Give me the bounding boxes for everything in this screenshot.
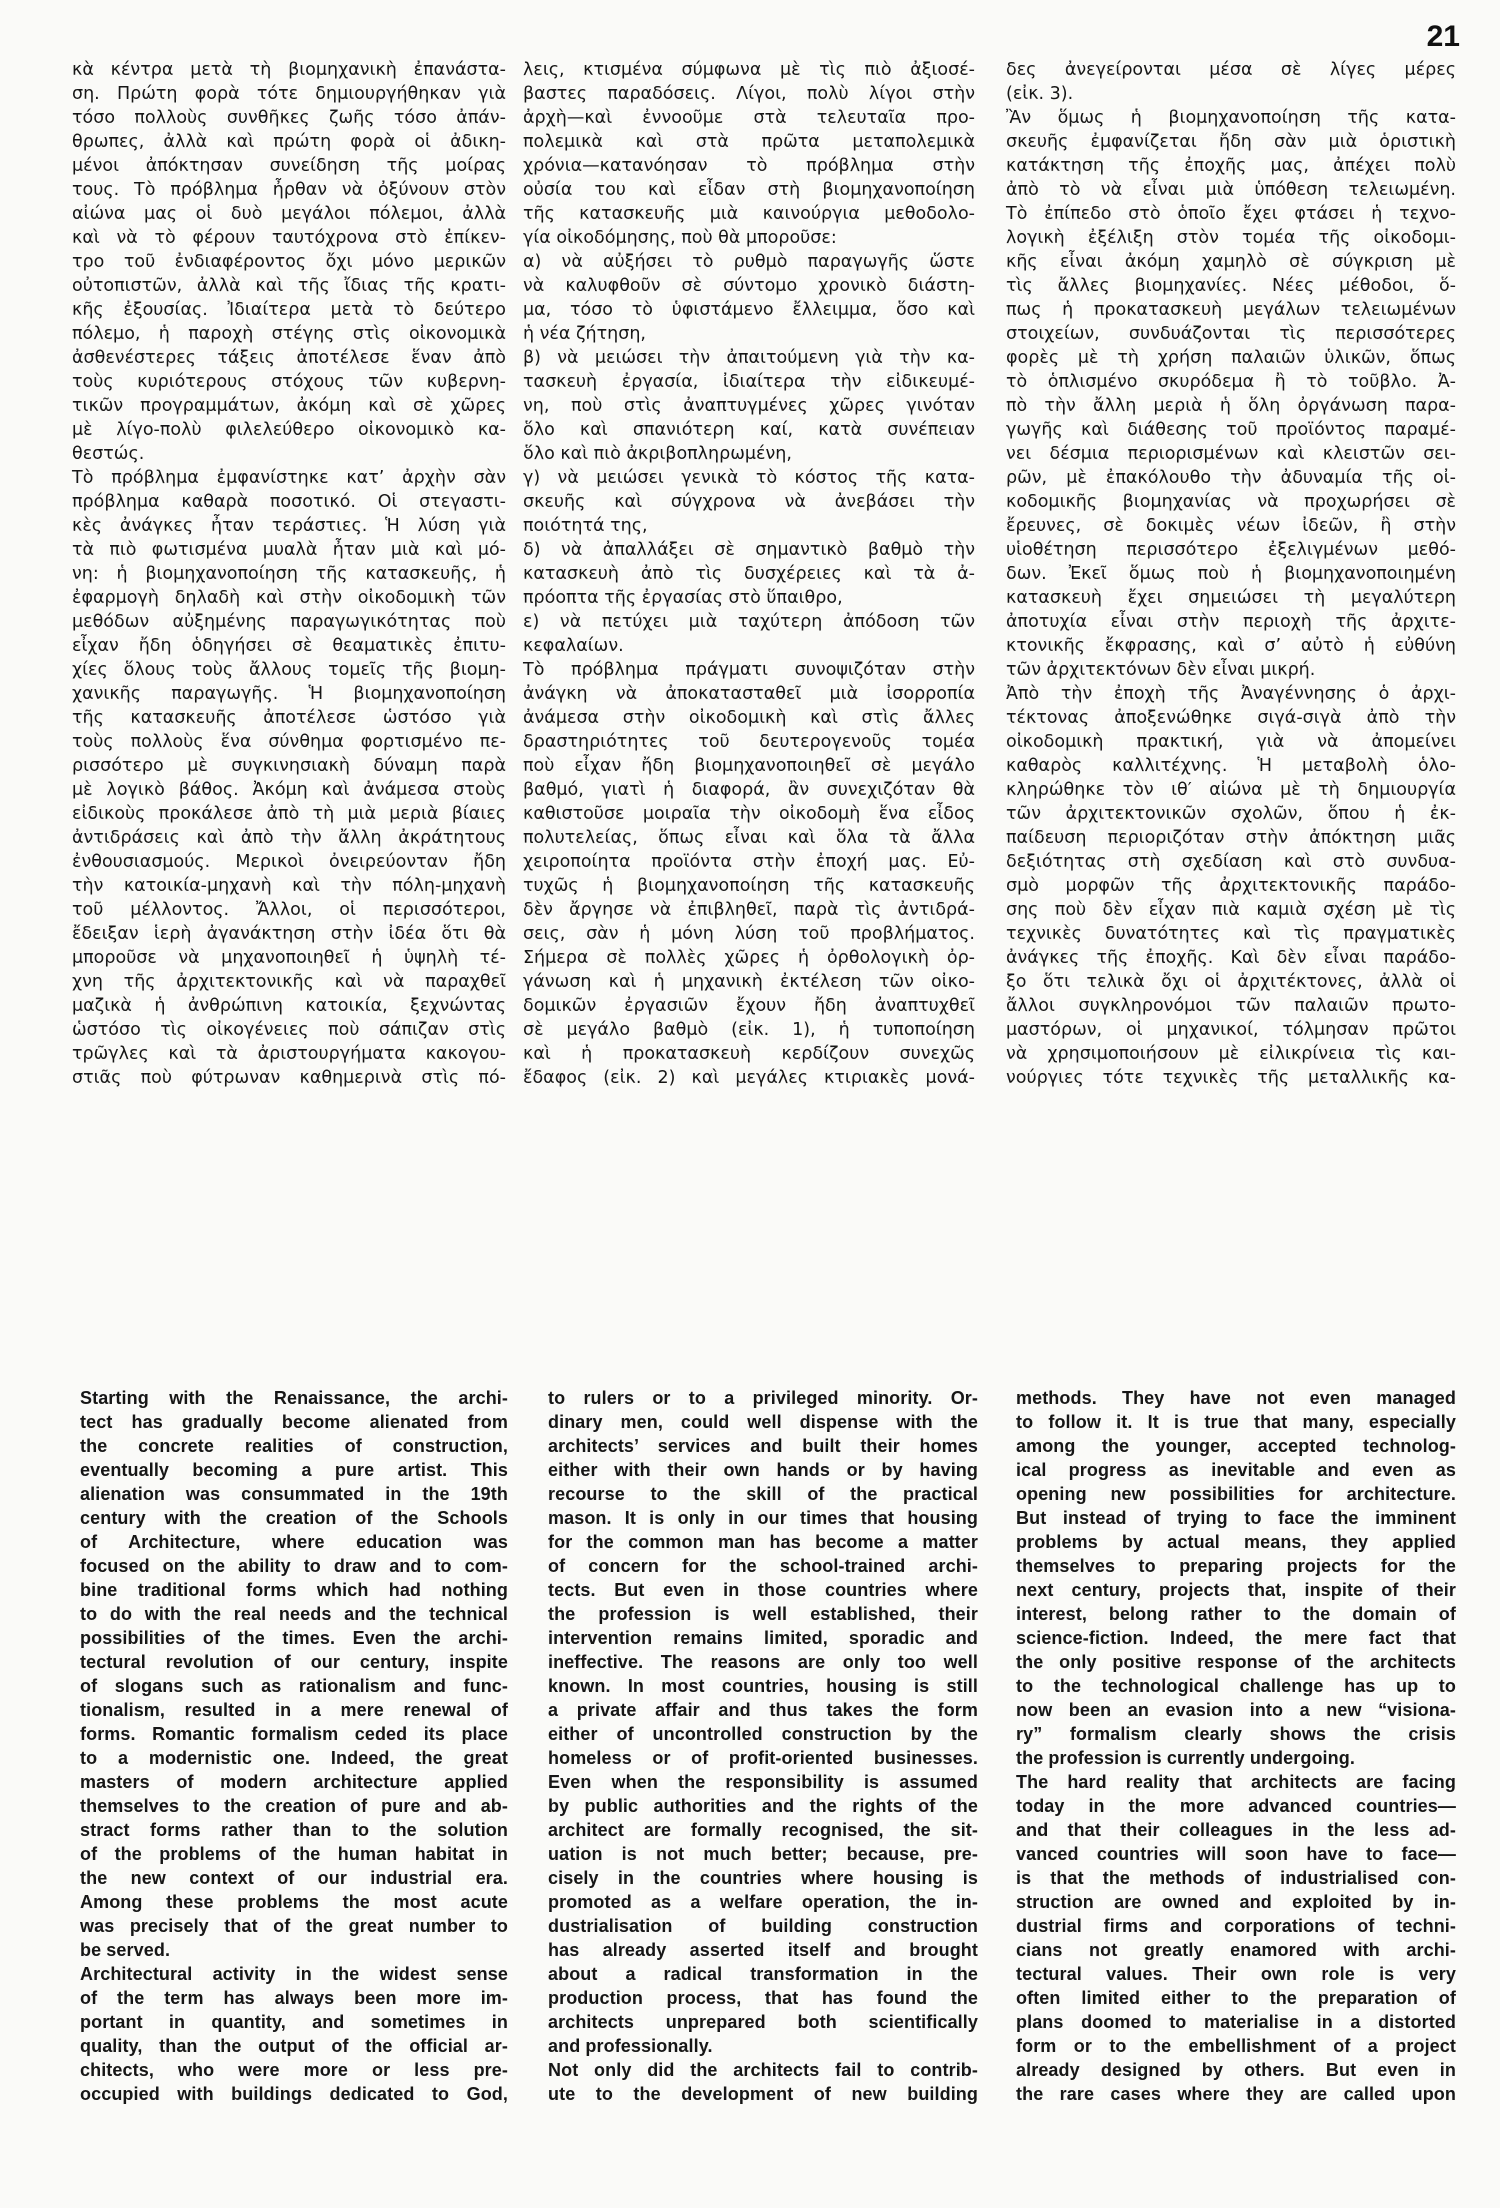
text-line: now been an evasion into a new “visiona- [1016, 1698, 1456, 1722]
text-line: γία οἰκοδόμησης, ποὺ θὰ μποροῦσε: [523, 226, 975, 250]
text-line: πολυτελείας, ὅπως εἶναι καὶ ὅλα τὰ ἄλλα [523, 826, 975, 850]
text-line: σὲ μεγάλο βαθμὸ (εἰκ. 1), ἡ τυποποίηση [523, 1018, 975, 1042]
text-line: to rulers or to a privileged minority. O… [548, 1386, 978, 1410]
text-line: often limited either to the preparation … [1016, 1986, 1456, 2010]
text-line: today in the more advanced countries— [1016, 1794, 1456, 1818]
text-line: ἄλλοι συγκληρονόμοι τῶν παλαιῶν πρωτο- [1006, 994, 1456, 1018]
text-line: τικῶν προγραμμάτων, ἀκόμη καὶ σὲ χῶρες [72, 394, 506, 418]
text-line: κῆς εἶναι ἀκόμη χαμηλὸ σὲ σύγκριση μὲ [1006, 250, 1456, 274]
text-line: and professionally. [548, 2034, 978, 2058]
text-line: ἀνάμεσα στὴν οἰκοδομικὴ καὶ στὶς ἄλλες [523, 706, 975, 730]
text-line: ὅλο καὶ σπανιότερη καί, κατὰ συνέπειαν [523, 418, 975, 442]
text-line: μὲ λίγο-πολὺ φιλελεύθερο οἰκονομικὸ κα- [72, 418, 506, 442]
text-line: γάνωση καὶ ἡ μηχανικὴ ἐκτέλεση τῶν οἰκο- [523, 970, 975, 994]
text-line: ἀπὸ τὸ νὰ εἶναι μιὰ ὑπόθεση τελειωμένη. [1006, 178, 1456, 202]
text-line: νὰ καλυφθοῦν σὲ σύντομο χρονικὸ διάστη- [523, 274, 975, 298]
text-line: κὰ κέντρα μετὰ τὴ βιομηχανικὴ ἐπανάστα- [72, 58, 506, 82]
text-line: portant in quantity, and sometimes in [80, 2010, 508, 2034]
text-line: λεις, κτισμένα σύμφωνα μὲ τὶς πιὸ ἀξιοσέ… [523, 58, 975, 82]
text-line: production process, that has found the [548, 1986, 978, 2010]
text-line: τῆς κατασκευῆς μιὰ καινούργια μεθοδολο- [523, 202, 975, 226]
text-line: Τὸ πρόβλημα πράγματι συνοψιζόταν στὴν [523, 658, 975, 682]
text-line: τεχνικὲς δυνατότητες καὶ τὶς πραγματικὲς [1006, 922, 1456, 946]
text-line: ute to the development of new building [548, 2082, 978, 2106]
text-line: ποιότητά της, [523, 514, 975, 538]
text-line: β) νὰ μειώσει τὴν ἀπαιτούμενη γιὰ τὴν κα… [523, 346, 975, 370]
text-line: possibilities of the times. Even the arc… [80, 1626, 508, 1650]
text-line: ἀσθενέστερες τάξεις ἀποτέλεσε ἕναν ἀπὸ [72, 346, 506, 370]
text-line: either of uncontrolled construction by t… [548, 1722, 978, 1746]
text-line: ineffective. The reasons are only too we… [548, 1650, 978, 1674]
text-line: τυχῶς ἡ βιομηχανοποίηση τῆς κατασκευῆς [523, 874, 975, 898]
text-line: Even when the responsibility is assumed [548, 1770, 978, 1794]
text-line: to follow it. It is true that many, espe… [1016, 1410, 1456, 1434]
text-line: πόλεμο, ἡ παροχὴ στέγης στὶς οἰκονομικὰ [72, 322, 506, 346]
text-line: τρο τοῦ ἐνδιαφέροντος ὄχι μόνο μερικῶν [72, 250, 506, 274]
text-line: ἀρχὴ—καὶ ἐννοοῦμε στὰ τελευταῖα προ- [523, 106, 975, 130]
text-line: νούργιες τότε τεχνικὲς τῆς μεταλλικῆς κα… [1006, 1066, 1456, 1090]
text-line: next century, projects that, inspite of … [1016, 1578, 1456, 1602]
text-line: τρῶγλες καὶ τὰ ἀριστουργήματα κακογου- [72, 1042, 506, 1066]
text-line: problems by actual means, they applied [1016, 1530, 1456, 1554]
english-article-column-1: Starting with the Renaissance, the archi… [80, 1386, 508, 2106]
text-line: has already asserted itself and brought [548, 1938, 978, 1962]
text-line: νη, ποὺ στὶς ἀναπτυγμένες χῶρες γινόταν [523, 394, 975, 418]
text-line: ἐνθουσιασμούς. Μερικοὶ ὀνειρεύονταν ἤδη [72, 850, 506, 874]
text-line: θεστώς. [72, 442, 506, 466]
text-line: κατάκτηση τῆς ἐποχῆς μας, ἀπέχει πολὺ [1006, 154, 1456, 178]
text-line: focused on the ability to draw and to co… [80, 1554, 508, 1578]
text-line: τοῦ μέλλοντος. Ἄλλοι, οἱ περισσότεροι, [72, 898, 506, 922]
text-line: to do with the real needs and the techni… [80, 1602, 508, 1626]
text-line: φορὲς μὲ τὴ χρήση παλαιῶν ὑλικῶν, ὅπως [1006, 346, 1456, 370]
text-line: uation is not much better; because, pre- [548, 1842, 978, 1866]
text-line: τους. Τὸ πρόβλημα ἦρθαν νὰ ὀξύνουν στὸν [72, 178, 506, 202]
text-line: κὲς ἀνάγκες ἦταν τεράστιες. Ἡ λύση γιὰ [72, 514, 506, 538]
text-line: κεφαλαίων. [523, 634, 975, 658]
text-line: ἀνάγκες τῆς ἐποχῆς. Καὶ δὲν εἶναι παράδο… [1006, 946, 1456, 970]
text-line: is that the methods of industrialised co… [1016, 1866, 1456, 1890]
text-line: ἔδαφος (εἰκ. 2) καὶ μεγάλες κτιριακὲς μο… [523, 1066, 975, 1090]
text-line: μα, τόσο τὸ ὑφιστάμενο ἔλλειμμα, ὅσο καὶ [523, 298, 975, 322]
text-line: masters of modern architecture applied [80, 1770, 508, 1794]
text-line: ἀποτυχία εἶναι στὴν περιοχὴ τῆς ἀρχιτε- [1006, 610, 1456, 634]
text-line: πολεμικὰ καὶ στὰ πρῶτα μεταπολεμικὰ [523, 130, 975, 154]
text-line: δ) νὰ ἀπαλλάξει σὲ σημαντικὸ βαθμὸ τὴν [523, 538, 975, 562]
text-line: to a modernistic one. Indeed, the great [80, 1746, 508, 1770]
text-line: tectural revolution of our century, insp… [80, 1650, 508, 1674]
text-line: σκευῆς καὶ σύγχρονα νὰ ἀνεβάσει τὴν [523, 490, 975, 514]
text-line: of concern for the school-trained archi- [548, 1554, 978, 1578]
text-line: either with their own hands or by having [548, 1458, 978, 1482]
text-line: νη: ἡ βιομηχανοποίηση τῆς κατασκευῆς, ἡ [72, 562, 506, 586]
text-line: οὐτοπιστῶν, ἀλλὰ καὶ τῆς ἴδιας τῆς κρατι… [72, 274, 506, 298]
text-line: μὲ λογικὸ βάθος. Ἀκόμη καὶ ἀνάμεσα στοὺς [72, 778, 506, 802]
text-line: πρόβλημα καθαρὰ ποσοτικό. Οἱ στεγαστι- [72, 490, 506, 514]
text-line: ξο ὅτι τελικὰ ὄχι οἱ ἀρχιτέκτονες, ἀλλὰ … [1006, 970, 1456, 994]
text-line: ἐφαρμογὴ δηλαδὴ καὶ στὴν οἰκοδομικὴ τῶν [72, 586, 506, 610]
text-line: architects’ services and built their hom… [548, 1434, 978, 1458]
text-line: γ) νὰ μειώσει γενικὰ τὸ κόστος τῆς κατα- [523, 466, 975, 490]
text-line: dustrial firms and corporations of techn… [1016, 1914, 1456, 1938]
text-line: eventually becoming a pure artist. This [80, 1458, 508, 1482]
text-line: the profession is currently undergoing. [1016, 1746, 1456, 1770]
text-line: Τὸ πρόβλημα ἐμφανίστηκε κατ’ ἀρχὴν σὰν [72, 466, 506, 490]
text-line: πως ἡ προκατασκευὴ μεγάλων τελειωμένων [1006, 298, 1456, 322]
text-line: vanced countries will soon have to face— [1016, 1842, 1456, 1866]
text-line: παίδευση περιοριζόταν στὴν ἀπόκτηση μιᾶς [1006, 826, 1456, 850]
english-article-column-2: to rulers or to a privileged minority. O… [548, 1386, 978, 2106]
text-line: δὲν ἄργησε νὰ ἐπιβληθεῖ, παρὰ τὶς ἀντιδρ… [523, 898, 975, 922]
text-line: δομικῶν ἐργασιῶν ἔχουν ἤδη ἀναπτυχθεῖ [523, 994, 975, 1018]
text-line: tionalism, resulted in a mere renewal of [80, 1698, 508, 1722]
text-line: υἱοθέτηση περισσότερο ἐξελιγμένων μεθό- [1006, 538, 1456, 562]
text-line: by public authorities and the rights of … [548, 1794, 978, 1818]
text-line: ὅλο καὶ πιὸ ἀκριβοπληρωμένη, [523, 442, 975, 466]
text-line: λογικὴ ἐξέλιξη στὸν τομέα τῆς οἰκοδομι- [1006, 226, 1456, 250]
text-line: ἡ νέα ζήτηση, [523, 322, 975, 346]
text-line: τὶς ἄλλες βιομηχανίες. Νέες μέθοδοι, ὅ- [1006, 274, 1456, 298]
text-line: The hard reality that architects are fac… [1016, 1770, 1456, 1794]
text-line: recourse to the skill of the practical [548, 1482, 978, 1506]
text-line: τῶν ἀρχιτεκτόνων δὲν εἶναι μικρή. [1006, 658, 1456, 682]
text-line: form or to the embellishment of a projec… [1016, 2034, 1456, 2058]
text-line: οἰκοδομικὴ πρακτική, γιὰ νὰ ἀπομείνει [1006, 730, 1456, 754]
text-line: τῶν ἀρχιτεκτονικῶν σχολῶν, ὅπου ἡ ἐκ- [1006, 802, 1456, 826]
text-line: γωγῆς καὶ διάθεσης τοῦ προϊόντος παραμέ- [1006, 418, 1456, 442]
text-line: ἀνάγκη νὰ ἀποκατασταθεῖ μιὰ ἰσορροπία [523, 682, 975, 706]
text-line: τῆς κατασκευῆς ἀποτέλεσε ὡστόσο γιὰ [72, 706, 506, 730]
text-line: χειροποίητα προϊόντα στὴν ἐποχή μας. Εὐ- [523, 850, 975, 874]
text-line: τὰ πιὸ φωτισμένα μυαλὰ ἦταν μιὰ καὶ μό- [72, 538, 506, 562]
text-line: χίες ὅλους τοὺς ἄλλους τομεῖς τῆς βιομη- [72, 658, 506, 682]
text-line: stract forms rather than to the solution [80, 1818, 508, 1842]
text-line: δραστηριότητες τοῦ δευτερογενοῦς τομέα [523, 730, 975, 754]
text-line: among the younger, accepted technolog- [1016, 1434, 1456, 1458]
text-line: the concrete realities of construction, [80, 1434, 508, 1458]
greek-article-column-1: κὰ κέντρα μετὰ τὴ βιομηχανικὴ ἐπανάστα-σ… [72, 58, 506, 1090]
text-line: Among these problems the most acute [80, 1890, 508, 1914]
text-line: Ἂν ὅμως ἡ βιομηχανοποίηση τῆς κατα- [1006, 106, 1456, 130]
text-line: μένοι ἀπόκτησαν συνείδηση τῆς μοίρας [72, 154, 506, 178]
english-article-column-3: methods. They have not even managedto fo… [1016, 1386, 1456, 2106]
text-line: κληρώθηκε τὸν ιθ′ αἰώνα μὲ τὴ δημιουργία [1006, 778, 1456, 802]
text-line: promoted as a welfare operation, the in- [548, 1890, 978, 1914]
text-line: καθιστοῦσε μοιραῖα τὴν οἰκοδομὴ ἕνα εἶδο… [523, 802, 975, 826]
text-line: μποροῦσε νὰ μηχανοποιηθεῖ ἡ ὑψηλὴ τέ- [72, 946, 506, 970]
text-line: σεις, σὰν ἡ μόνη λύση τοῦ προβλήματος. [523, 922, 975, 946]
text-line: cians not greatly enamored with archi- [1016, 1938, 1456, 1962]
text-line: intervention remains limited, sporadic a… [548, 1626, 978, 1650]
greek-article-column-3: δες ἀνεγείρονται μέσα σὲ λίγες μέρες(εἰκ… [1006, 58, 1456, 1090]
text-line: of the problems of the human habitat in [80, 1842, 508, 1866]
text-line: ical progress as inevitable and even as [1016, 1458, 1456, 1482]
text-line: σκευῆς ἐμφανίζεται ἤδη σὰν μιὰ ὁριστικὴ [1006, 130, 1456, 154]
text-line: σμὸ μορφῶν τῆς ἀρχιτεκτονικῆς παράδο- [1006, 874, 1456, 898]
text-line: plans doomed to materialise in a distort… [1016, 2010, 1456, 2034]
text-line: εἶχαν ἤδη ὁδηγήσει σὲ θεαματικὲς ἐπιτυ- [72, 634, 506, 658]
text-line: the profession is well established, thei… [548, 1602, 978, 1626]
text-line: θρωπες, ἀλλὰ καὶ πρώτη φορὰ οἱ ἀδικη- [72, 130, 506, 154]
text-line: εἰδικοὺς προκάλεσε ἀπὸ τὴ μιὰ μεριὰ βίαι… [72, 802, 506, 826]
text-line: the new context of our industrial era. [80, 1866, 508, 1890]
text-line: science-fiction. Indeed, the mere fact t… [1016, 1626, 1456, 1650]
text-line: τὴν κατοικία-μηχανὴ καὶ τὴν πόλη-μηχανὴ [72, 874, 506, 898]
text-line: καὶ νὰ τὸ φέρουν ταυτόχρονα στὸ ἐπίκεν- [72, 226, 506, 250]
text-line: κοδομικῆς βιομηχανίας νὰ προχωρήσει σὲ [1006, 490, 1456, 514]
text-line: μαζικὰ ἡ ἀνθρώπινη κατοικία, ξεχνώντας [72, 994, 506, 1018]
text-line: chitects, who were more or less pre- [80, 2058, 508, 2082]
text-line: νει δέσμια περιορισμένων καὶ κλειστῶν σε… [1006, 442, 1456, 466]
text-line: κῆς ἐξουσίας. Ἰδιαίτερα μετὰ τὸ δεύτερο [72, 298, 506, 322]
text-line: cisely in the countries where housing is [548, 1866, 978, 1890]
page-number: 21 [1390, 20, 1460, 54]
text-line: αἰώνα μας οἱ δυὸ μεγάλοι πόλεμοι, ἀλλὰ [72, 202, 506, 226]
magazine-page: 21 κὰ κέντρα μετὰ τὴ βιομηχανικὴ ἐπανάστ… [0, 0, 1500, 2208]
text-line: bine traditional forms which had nothing [80, 1578, 508, 1602]
text-line: ρῶν, μὲ ἐπακόλουθο τὴν ἀδυναμία τῆς οἰ- [1006, 466, 1456, 490]
text-line: Not only did the architects fail to cont… [548, 2058, 978, 2082]
text-line: ἔρευνες, σὲ δοκιμὲς νέων ἰδεῶν, ἢ στὴν [1006, 514, 1456, 538]
text-line: to the technological challenge has up to [1016, 1674, 1456, 1698]
text-line: methods. They have not even managed [1016, 1386, 1456, 1410]
text-line: for the common man has become a matter [548, 1530, 978, 1554]
text-line: tect has gradually become alienated from [80, 1410, 508, 1434]
text-line: καθαρὸς καλλιτέχνης. Ἡ μεταβολὴ ὁλο- [1006, 754, 1456, 778]
text-line: Σήμερα σὲ πολλὲς χῶρες ἡ ὀρθολογικὴ ὀρ- [523, 946, 975, 970]
text-line: tectural values. Their own role is very [1016, 1962, 1456, 1986]
text-line: κτονικῆς ἔκφρασης, καὶ σ’ αὐτὸ ἡ εὐθύνη [1006, 634, 1456, 658]
text-line: κατασκευὴ ἔχει σημειώσει τὴ μεγαλύτερη [1006, 586, 1456, 610]
text-line: κατασκευὴ ἀπὸ τὶς δυσχέρειες καὶ τὰ ἀ- [523, 562, 975, 586]
text-line: occupied with buildings dedicated to God… [80, 2082, 508, 2106]
text-line: στοιχείων, συνδυάζονται τὶς περισσότερες [1006, 322, 1456, 346]
text-line: already designed by others. But even in [1016, 2058, 1456, 2082]
text-line: of the term has always been more im- [80, 1986, 508, 2010]
text-line: νὰ χρησιμοποιήσουν μὲ εἰλικρίνεια τὶς κα… [1006, 1042, 1456, 1066]
greek-article-column-2: λεις, κτισμένα σύμφωνα μὲ τὶς πιὸ ἀξιοσέ… [523, 58, 975, 1090]
text-line: δεξιότητας στὴ σχεδίαση καὶ στὸ συνδυα- [1006, 850, 1456, 874]
text-line: themselves to preparing projects for the [1016, 1554, 1456, 1578]
text-line: about a radical transformation in the [548, 1962, 978, 1986]
text-line: be served. [80, 1938, 508, 1962]
text-line: homeless or of profit-oriented businesse… [548, 1746, 978, 1770]
text-line: of slogans such as rationalism and func- [80, 1674, 508, 1698]
text-line: architect are formally recognised, the s… [548, 1818, 978, 1842]
text-line: τέκτονας ἀποξενώθηκε σιγά-σιγὰ ἀπὸ τὴν [1006, 706, 1456, 730]
text-line: καὶ ἡ προκατασκευὴ κερδίζουν συνεχῶς [523, 1042, 975, 1066]
text-line: a private affair and thus takes the form [548, 1698, 978, 1722]
text-line: century with the creation of the Schools [80, 1506, 508, 1530]
text-line: quality, than the output of the official… [80, 2034, 508, 2058]
text-line: ἔδειξαν ἱερὴ ἀγανάκτηση στὴν ἰδέα ὅτι θὰ [72, 922, 506, 946]
text-line: (εἰκ. 3). [1006, 82, 1456, 106]
text-line: χνη τῆς ἀρχιτεκτονικῆς καὶ νὰ παραχθεῖ [72, 970, 506, 994]
text-line: μεθόδων αὐξημένης παραγωγικότητας ποὺ [72, 610, 506, 634]
text-line: the rare cases where they are called upo… [1016, 2082, 1456, 2106]
text-line: and that their colleagues in the less ad… [1016, 1818, 1456, 1842]
text-line: στιᾶς ποὺ φύτρωναν καθημερινὰ στὶς πό- [72, 1066, 506, 1090]
text-line: ποὺ εἶχαν ἤδη βιομηχανοποιηθεῖ σὲ μεγάλο [523, 754, 975, 778]
text-line: Architectural activity in the widest sen… [80, 1962, 508, 1986]
text-line: βαστες παραδόσεις. Λίγοι, πολὺ λίγοι στὴ… [523, 82, 975, 106]
text-line: of Architecture, where education was [80, 1530, 508, 1554]
text-line: dinary men, could well dispense with the [548, 1410, 978, 1434]
text-line: But instead of trying to face the immine… [1016, 1506, 1456, 1530]
text-line: Starting with the Renaissance, the archi… [80, 1386, 508, 1410]
text-line: Ἀπὸ τὴν ἐποχὴ τῆς Ἀναγέννησης ὁ ἀρχι- [1006, 682, 1456, 706]
text-line: known. In most countries, housing is sti… [548, 1674, 978, 1698]
text-line: mason. It is only in our times that hous… [548, 1506, 978, 1530]
text-line: τασκευὴ ἐργασία, ἰδιαίτερα τὴν εἰδικευμέ… [523, 370, 975, 394]
text-line: πρόοπτα τῆς ἐργασίας στὸ ὕπαιθρο, [523, 586, 975, 610]
text-line: βαθμό, γιατὶ ἡ διαφορά, ἂν συνεχιζόταν θ… [523, 778, 975, 802]
text-line: α) νὰ αὐξήσει τὸ ρυθμὸ παραγωγῆς ὥστε [523, 250, 975, 274]
text-line: was precisely that of the great number t… [80, 1914, 508, 1938]
text-line: tects. But even in those countries where [548, 1578, 978, 1602]
text-line: δες ἀνεγείρονται μέσα σὲ λίγες μέρες [1006, 58, 1456, 82]
text-line: τοὺς κυριότερους στόχους τῶν κυβερνη- [72, 370, 506, 394]
text-line: ry” formalism clearly shows the crisis [1016, 1722, 1456, 1746]
text-line: dustrialisation of building construction [548, 1914, 978, 1938]
text-line: the only positive response of the archit… [1016, 1650, 1456, 1674]
text-line: Τὸ ἐπίπεδο στὸ ὁποῖο ἔχει φτάσει ἡ τεχνο… [1006, 202, 1456, 226]
text-line: interest, belong rather to the domain of [1016, 1602, 1456, 1626]
text-line: χανικῆς παραγωγῆς. Ἡ βιομηχανοποίηση [72, 682, 506, 706]
text-line: οὐσία του καὶ εἶδαν στὴ βιομηχανοποίηση [523, 178, 975, 202]
text-line: σης ποὺ δὲν εἶχαν πιὰ καμιὰ σχέση μὲ τὶς [1006, 898, 1456, 922]
text-line: δων. Ἐκεῖ ὅμως ποὺ ἡ βιομηχανοποιημένη [1006, 562, 1456, 586]
text-line: τὸ ὁπλισμένο σκυρόδεμα ἢ τὸ τοῦβλο. Ἀ- [1006, 370, 1456, 394]
text-line: opening new possibilities for architectu… [1016, 1482, 1456, 1506]
text-line: alienation was consummated in the 19th [80, 1482, 508, 1506]
text-line: themselves to the creation of pure and a… [80, 1794, 508, 1818]
text-line: ὡστόσο τὶς οἰκογένειες ποὺ σάπιζαν στὶς [72, 1018, 506, 1042]
text-line: architects unprepared both scientificall… [548, 2010, 978, 2034]
text-line: τοὺς πολλοὺς ἕνα σύνθημα φορτισμένο πε- [72, 730, 506, 754]
text-line: ε) νὰ πετύχει μιὰ ταχύτερη ἀπόδοση τῶν [523, 610, 975, 634]
text-line: ση. Πρώτη φορὰ τότε δημιουργήθηκαν γιὰ [72, 82, 506, 106]
text-line: ἀντιδράσεις καὶ ἀπὸ τὴν ἄλλη ἀκράτητους [72, 826, 506, 850]
text-line: πὸ τὴν ἄλλη μεριὰ ἡ ὅλη ὀργάνωση παρα- [1006, 394, 1456, 418]
text-line: ρισσότερο μὲ συγκινησιακὴ δύναμη παρὰ [72, 754, 506, 778]
text-line: struction are owned and exploited by in- [1016, 1890, 1456, 1914]
text-line: χρόνια—κατανόησαν τὸ πρόβλημα στὴν [523, 154, 975, 178]
text-line: τόσο πολλοὺς συνθῆκες ζωῆς τόσο ἀπάν- [72, 106, 506, 130]
text-line: forms. Romantic formalism ceded its plac… [80, 1722, 508, 1746]
text-line: μαστόρων, οἱ μηχανικοί, τόλμησαν πρῶτοι [1006, 1018, 1456, 1042]
